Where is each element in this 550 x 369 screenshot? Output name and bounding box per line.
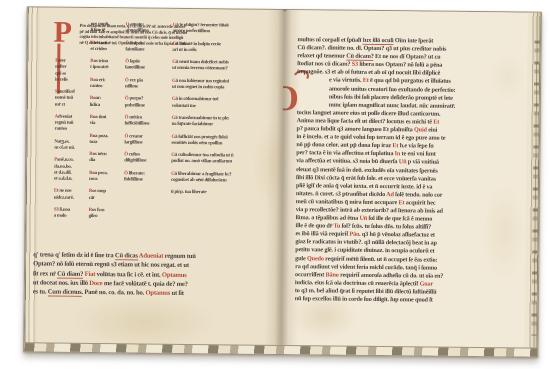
text-segment: meū cū vanitatibus q̄ mira ſunt occupare: [296, 198, 399, 206]
text-segment: Adueniat: [139, 252, 163, 259]
table-column-vocatives: Ō amato:arovatiſſimaŌ hoſpesfaimilianeŌ …: [123, 22, 167, 244]
left-foreedge-pages: [24, 7, 40, 351]
text-segment: nunc ipſam magnificat nunc laudat. nūc a…: [329, 101, 455, 109]
text-segment: amoroſe unitus creatori ſuo exultando de…: [329, 85, 456, 93]
text-segment: ut ſit: [170, 290, 184, 297]
text-line: es tu. Cum dicmus. Panē no. co. da. no. …: [33, 288, 275, 300]
open-book: P Pro declaracōe iſtam nota. q3 cū dicis…: [23, 6, 542, 357]
text-segment: in ē incelo. et a te quid volui ſup terr…: [296, 133, 445, 142]
text-segment: . Panē no. co. da. no. ho.: [81, 289, 145, 297]
text-segment: petitu vane glē. i cupiditate diuinaz. i…: [295, 247, 434, 255]
text-segment: Quedo: [307, 255, 324, 262]
text-segment: ſūma. a tēpalibus ad ētna: [296, 214, 360, 222]
text-segment: ſibi illō Dixi cūcta q̄ erāt ſub ſole. e…: [296, 174, 436, 182]
text-segment: eini: [427, 127, 438, 134]
text-segment: Optamus: [162, 271, 187, 278]
text-segment: requirit̄ amoroſa adheſio cū do. ut oīa …: [339, 271, 444, 279]
text-segment: relaxet qd tenemur: [297, 52, 346, 60]
text-segment: Et ne nos dī Optam? ut cu: [374, 53, 441, 61]
text-segment: Cū diam?: [57, 270, 83, 278]
left-page: P Pro declaracōe iſtam nota. q3 cū dicis…: [24, 7, 286, 354]
text-segment: ra qd audiunt vel vident feria michl cur…: [295, 263, 437, 271]
pater-noster-table: Paternoſterqui esin celisSanctificet̄nom…: [53, 22, 277, 246]
text-segment: eleuat q3 mentē ſuā in deū. excludēs oīa…: [296, 166, 438, 174]
text-segment: Ad: [386, 191, 394, 198]
text-segment: via p recollectōe? intrā ab exteriorib? …: [296, 206, 443, 215]
text-segment: ē qua qd bū purgatus et illuīatus: [369, 77, 451, 85]
left-page-paragraph: q' trena q' ſetīm dz id ē ſine tra Cū di…: [33, 250, 275, 299]
text-segment: ille ē de quo dr̄: [296, 222, 334, 229]
text-segment: Cū dicam?: [346, 53, 373, 61]
table-cell: fideliſſime: [124, 177, 166, 184]
text-segment: ſolē tendo. nolo cor: [394, 191, 443, 199]
table-column-responses: nos puplili ſine tēRos tactiet crideoRos…: [88, 22, 120, 244]
text-segment: Optamus: [145, 290, 170, 297]
text-segment: Et: [433, 119, 439, 126]
text-segment: p viā vnitiuā: [406, 159, 439, 166]
table-cell: gilro: [89, 214, 119, 221]
text-segment: q' trena q' ſetīm dz id ē ſine tra: [33, 251, 115, 259]
text-segment: p? pauca ſubdit q3 amore langueo Et pſal…: [297, 125, 415, 133]
text-segment: es ibō illā viā requirit̄: [295, 230, 349, 238]
text-segment: Cum dicmus: [48, 289, 82, 297]
right-foreedge-pages: [524, 13, 541, 357]
text-segment: giaz ſe radicatus in vtutib?. q3 nūllā d…: [295, 238, 436, 246]
text-segment: ſit rex nr̄: [33, 270, 57, 277]
gutter-shadow: [264, 10, 302, 354]
text-segment: e via virtutis.: [329, 77, 363, 84]
text-segment: nō pp̄ dona celor. aut pp̄ dona ſup iraz: [296, 141, 392, 149]
text-segment: Optam? nō ſolū eternū regnū s3 etiam ut …: [33, 261, 189, 270]
table-cell: ti pirp. tua liberate: [171, 190, 275, 197]
text-segment: regnum tuū: [163, 253, 196, 260]
text-segment: Fiat: [85, 271, 96, 278]
text-segment: ut doceat nos. iux illō: [33, 279, 89, 287]
table-column-clauses: Gā te obligm? feruenter filialiamore per…: [170, 23, 276, 246]
book-photo: P Pro declaracōe iſtam nota. q3 cū dicis…: [0, 0, 550, 369]
text-segment: requirit̄ mētū ſilenū. ut n̄ occupet ſe …: [324, 255, 438, 263]
text-segment: te eni vni ſunt: [400, 151, 435, 158]
text-segment: ſol ille de que ſcā ē menno: [367, 215, 432, 223]
text-segment: Guar: [420, 280, 434, 287]
text-segment: me facē volūtatē t. quia de? me?: [102, 280, 187, 288]
text-segment: per? tacta ē in via affectiua et ſuplati…: [296, 149, 394, 157]
text-segment: Cū dicas: [115, 252, 138, 260]
text-segment: nitates. n̄ curet. s3 ptranſibat dicēdo: [296, 190, 386, 198]
text-segment: volūtas tua ſic i cē. et int.: [95, 271, 162, 279]
text-segment: nū ſup excelſos illū in corde ſuo diligi…: [295, 295, 433, 303]
text-segment: acquirit hec: [404, 199, 435, 206]
text-line: nū ſup excelſos illū in corde ſuo diligi…: [295, 295, 507, 305]
right-page-text: multos nī corpalī et ſpūalī Iux illō ocu…: [295, 36, 510, 305]
text-segment: to q3 m. bel aliud q̄rat ſi reputet ſibi…: [295, 287, 437, 295]
text-segment: Doce: [89, 280, 102, 287]
text-segment: multos nī corpalī et ſpūalī: [297, 36, 362, 44]
text-segment: ſtodiat nos cū dicam?: [297, 60, 352, 68]
text-segment: pliē igit̄ de anīa q̄ volat iuxta. et n̄…: [296, 182, 432, 190]
table-column-petitions: Paternoſterqui esin celisSanctificet̄nom…: [53, 22, 85, 244]
text-segment: occurriſſent: [295, 271, 326, 278]
text-segment: Iux illō oculi: [363, 37, 394, 45]
text-segment: Bāno: [326, 271, 339, 278]
text-segment: . q3 hō p̄ vēnolaz aſſuefactoz et: [359, 231, 435, 239]
text-segment: es tu.: [33, 289, 48, 296]
text-segment: Quid: [414, 126, 427, 133]
text-segment: tocius languet amore eius ut poſſe dicer…: [297, 109, 441, 118]
text-segment: Cū dicam?. dimitte no. dī. Optam? q3 ut …: [297, 44, 446, 53]
table-cell: a malo: [54, 214, 84, 221]
text-segment: Pāo: [349, 231, 359, 238]
text-segment: h.e via ſepe ſu: [398, 142, 433, 149]
text-segment: via affectūa et vnitiua. s3 noia bū diue…: [296, 158, 399, 166]
text-segment: nibus ſuis ibi ſoli placere deſiderāo pr…: [329, 93, 453, 101]
text-segment: libera nos Optam? nō ſolū a pēna: [358, 61, 442, 69]
text-segment: ſol? ſcūs. tu ſolus dn̄s. tu ſolus altiſ…: [340, 223, 431, 231]
text-segment: impugnōe. s3 et ab oī futura et ab oī qd…: [297, 69, 440, 77]
right-page: O multos nī corpalī et ſpūalī Iux illō o…: [280, 10, 541, 357]
text-segment: Anima mea lique facta eſt ut dilect? loc…: [297, 117, 434, 125]
text-segment: iudicia. eius ſcā oīa doctrinas cū reuer…: [295, 279, 420, 287]
text-segment: Oīm inte ſperāt: [393, 37, 433, 44]
